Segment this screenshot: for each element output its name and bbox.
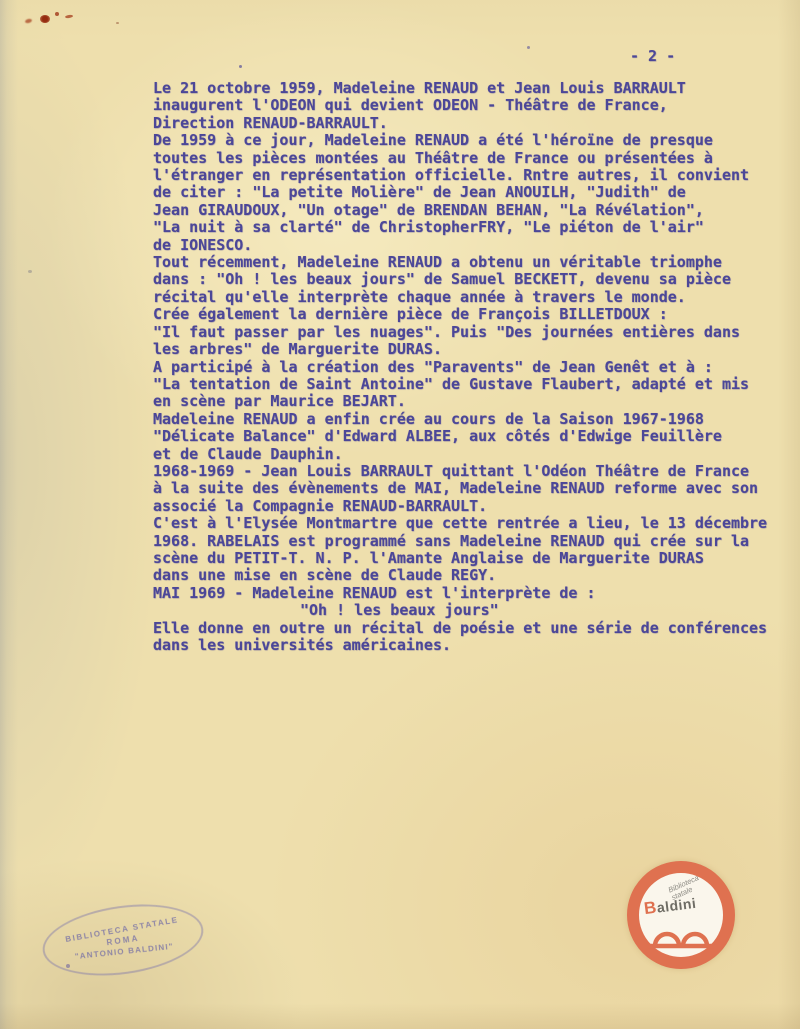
paragraph: Madeleine RENAUD a enfin crée au cours d… xyxy=(153,411,800,463)
page-number: - 2 - xyxy=(630,48,675,65)
ink-speck xyxy=(65,14,73,18)
open-book-icon xyxy=(647,920,715,950)
paragraph: C'est à l'Elysée Montmartre que cette re… xyxy=(153,515,800,585)
ink-speck xyxy=(55,12,59,16)
paragraph: Tout récemment, Madeleine RENAUD a obten… xyxy=(153,254,800,306)
scanned-document-page: - 2 - Le 21 octobre 1959, Madeleine RENA… xyxy=(0,0,800,1029)
paragraph: Le 21 octobre 1959, Madeleine RENAUD et … xyxy=(153,80,800,132)
ink-speck xyxy=(28,270,32,273)
ink-speck xyxy=(25,18,33,24)
ink-speck xyxy=(239,65,242,68)
centered-quote: "Oh ! les beaux jours" xyxy=(300,602,800,619)
ink-speck xyxy=(40,15,50,23)
document-body: Le 21 octobre 1959, Madeleine RENAUD et … xyxy=(153,80,800,654)
paragraph: Elle donne en outre un récital de poésie… xyxy=(153,620,800,655)
paragraph: MAI 1969 - Madeleine RENAUD est l'interp… xyxy=(153,585,800,602)
paragraph: De 1959 à ce jour, Madeleine RENAUD a ét… xyxy=(153,132,800,254)
paragraph: 1968-1969 - Jean Louis BARRAULT quittant… xyxy=(153,463,800,515)
ink-speck xyxy=(527,46,530,49)
ink-speck xyxy=(116,22,119,24)
paragraph: A participé à la création des "Paravents… xyxy=(153,359,800,411)
library-stamp: BIBLIOTECA STATALE ROMA "ANTONIO BALDINI… xyxy=(38,895,208,985)
paragraph: Crée également la dernière pièce de Fran… xyxy=(153,306,800,358)
logo-name: Baldini xyxy=(643,895,697,917)
logo-name-rest: aldini xyxy=(656,895,697,916)
library-logo: Biblioteca statale Baldini xyxy=(627,861,735,969)
